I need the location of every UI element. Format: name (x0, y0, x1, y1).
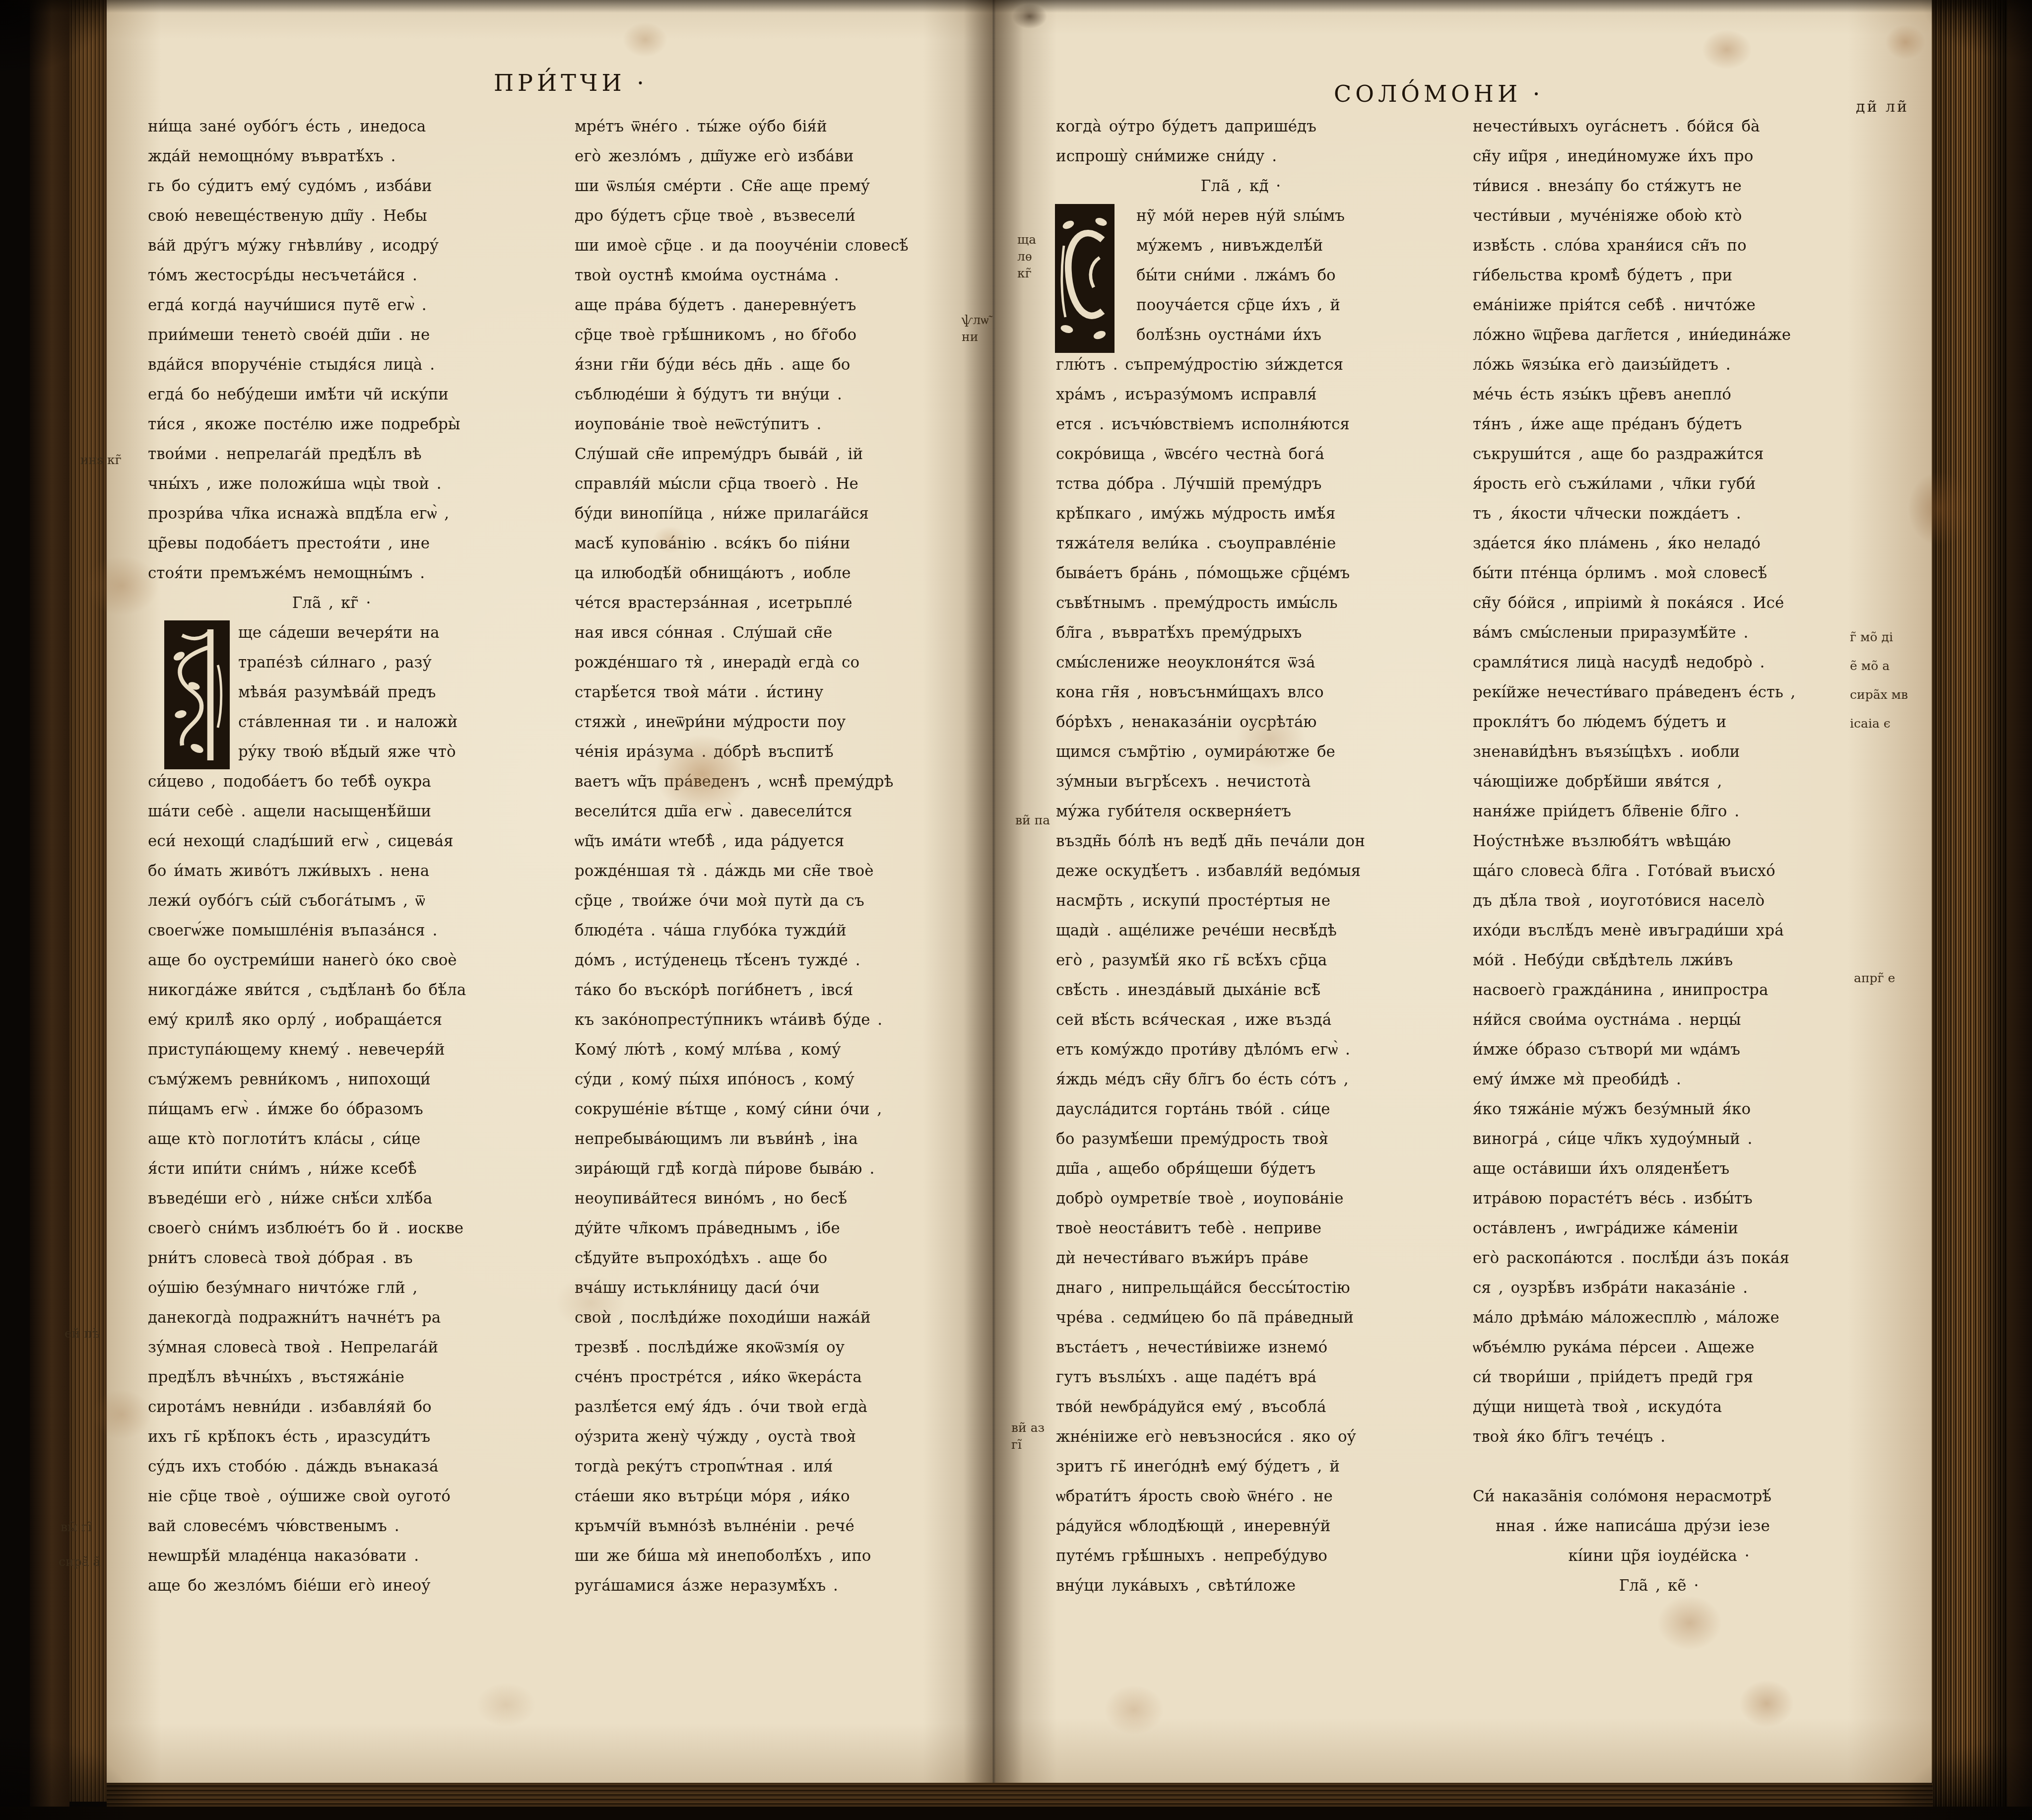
text-line: въздн̃ь бо́лѣ нъ ведѣ́ дн̃ь печа́ли дон (1056, 826, 1426, 856)
right-page-column-2: нечести́выхъ оуга́снетъ . бо́йся ба̀сн̃у… (1473, 112, 1845, 1601)
text-line: су́дъ ихъ стобо́ю . да́ждь вънаказа́ (148, 1452, 515, 1482)
book-cover-right-edge (2007, 0, 2032, 1820)
text-line: чны́хъ , иже положи́ша ѡцы̀ твоѝ . (148, 469, 515, 499)
text-line: ра́дуйся ѡблодѣ́ющй , инеревну́й (1056, 1511, 1426, 1541)
text-line: кі́ини цр̃я іоуде́йска · (1473, 1541, 1845, 1571)
text-line: бо́рѣхъ , ненаказа́ніи оусрѣта́ю (1056, 707, 1426, 737)
text-line: жда́й немощно́му въвратѣ́хъ . (148, 141, 515, 171)
text-line: деже оскудѣ́етъ . избавля́й ведо́мыя (1056, 856, 1426, 886)
text-line: твоѐ неоста́витъ тебѐ . неприве (1056, 1213, 1426, 1243)
text-line: ви̃ аз (1011, 1419, 1045, 1436)
text-line: весели́тся дш̃а егѡ̀ . давесели́тся (575, 797, 944, 826)
text-line: оста́вленъ , иѡгра́диже ка́меніи (1473, 1213, 1845, 1243)
text-line: крѣ́пкаго , иму́жь му́дрость имѣ́я (1056, 499, 1426, 529)
text-line: я́ждь ме́дъ сн̃у бл̃гъ бо е́сть со́тъ , (1056, 1065, 1426, 1094)
text-line: тства до́бра . Лу́чшій прему́дръ (1056, 469, 1426, 499)
text-line: че́тся врастерза́нная , исетрьпле́ (575, 588, 944, 618)
text-line: бл̃га , въвратѣ́хъ прему́дрыхъ (1056, 618, 1426, 648)
text-line: ти́вися . внеза́пу бо стя́жутъ не (1473, 171, 1845, 201)
text-line: ста́еши яко вътрь́ци мо́ря , ия́ко (575, 1482, 944, 1511)
text-line: мре́тъ ѿне́го . ты́же оу́бо бія́й (575, 112, 944, 141)
text-line: ихо́ди въслѣ́дъ менѐ ивъгради́ши хра́ (1473, 916, 1845, 945)
text-line: зира́ющй гдѣ̀ когда̀ пи́рове быва́ю . (575, 1154, 944, 1184)
text-line: своего̀ сни́мъ изблюе́тъ бо й . иоскве (148, 1213, 515, 1243)
text-line: ду́щи нищета̀ твоя̀ , искудо́та (1473, 1392, 1845, 1422)
text-line: мо́й . Небу́ди свѣ́дѣтель лжи́въ (1473, 945, 1845, 975)
text-line: Кому́ лю́тѣ , кому́ млъ́ва , кому́ (575, 1035, 944, 1065)
text-line: чести́выи , муче́ніяже обою̀ кто̀ (1473, 201, 1845, 231)
text-line: твоѝ оустнѣ̀ кмои́ма оустна́ма . (575, 261, 944, 290)
text-line: въста́етъ , нечести́віиже изнемо́ (1056, 1333, 1426, 1362)
text-line: гутъ въѕлы́хъ . аще паде́тъ вра́ (1056, 1362, 1426, 1392)
book-cover-left-edge (30, 0, 69, 1820)
text-line: му́жа губи́теля оскверня́етъ (1056, 797, 1426, 826)
text-line: свѣ́сть . инезда́вый дыха́ніе всѣ̃ (1056, 975, 1426, 1005)
text-line: си́ твори́ши , пріи́детъ преди̃ гря (1473, 1362, 1845, 1392)
text-line: срамля́тися лица̀ насудѣ̀ недобро̀ . (1473, 648, 1845, 677)
text-line: дъ дѣ́ла твоя̀ , иоугото́вися насело̀ (1473, 886, 1845, 916)
text-line: иоупова́ніе твоѐ неѿсту́питъ . (575, 409, 944, 439)
left-page-column-1: ни́ща зане́ оубо́гъ е́сть , инедосажда́й… (148, 112, 515, 1601)
text-line: итра́вою порасте́тъ ве́сь . избы́тъ (1473, 1184, 1845, 1213)
text-line: рожде́ншаго тя̀ , инерадѝ егда̀ со (575, 648, 944, 677)
text-line: ва́мъ смы́сленыи приразумѣ́йте . (1473, 618, 1845, 648)
text-line: ни (962, 329, 988, 345)
text-line: насмр̃ть , искупи́ просте́ртыя не (1056, 886, 1426, 916)
text-line: ме́чь е́сть язы́къ цр̃евъ анепло́ (1473, 380, 1845, 409)
text-line: непребыва́ющимъ ли въви́нѣ , іна (575, 1124, 944, 1154)
text-line: кг̃ (1017, 265, 1036, 282)
text-line: ло́жно ѿцр̃ева дагл̃ется , ини́едина́же (1473, 320, 1845, 350)
text-line: сѣ́дуйте въпрохо́дѣхъ . аще бо (575, 1243, 944, 1273)
text-line: сн̃у иц̃ря , инеди́номуже и́хъ про (1473, 141, 1845, 171)
text-line: зда́ется я́ко пла́мень , я́ко неладо́ (1473, 529, 1845, 558)
text-line: кръмчі́й въмно́зѣ вълне́ніи . рече́ (575, 1511, 944, 1541)
text-line: его̀ , разумѣ́й яко гь̃ всѣ́хъ ср̃ца (1056, 945, 1426, 975)
text-line: испрошу̀ сни́миже сни́ду . (1056, 141, 1426, 171)
text-line: ва́й дру́гъ му́жу гнѣвли́ву , исодру́ (148, 231, 515, 261)
text-line: ши имоѐ ср̃це . и да пооуче́ніи словесѣ́ (575, 231, 944, 261)
text-line: разлѣ́ется ему́ я́дъ . о́чи твоѝ егда̀ (575, 1392, 944, 1422)
text-line: рни́тъ словеса̀ твоя̀ до́брая . въ (148, 1243, 515, 1273)
text-line: сей вѣ́сть вся́ческая , иже възда́ (1056, 1005, 1426, 1035)
text-line: ло́жь ѿязы́ка его̀ даизы́йдетъ . (1473, 350, 1845, 380)
text-line: ня́йся свои́ма оустна́ма . нерцы́ (1473, 1005, 1845, 1035)
text-line: Гла̃ , кд̃ · (1056, 171, 1426, 201)
text-line: своѝ , послѣди́же походи́ши нажа́й (575, 1303, 944, 1333)
text-line: ши же би́ша мя̀ инепоболѣ́хъ , ипо (575, 1541, 944, 1571)
text-line: цр̃евы подоба́етъ престоя́ти , ине (148, 529, 515, 558)
page-block-fore-edge-right (1932, 0, 2007, 1807)
text-line: ѡц̃ъ има́ти ѡтебѣ̀ , ида ра́дуется (575, 826, 944, 856)
text-line: егда́ когда́ научи́шися путе̃ егѡ̀ . (148, 290, 515, 320)
text-line: тъ , я́кости чл̃чески пожда́етъ . (1473, 499, 1845, 529)
text-line: сокро́вища , ѿвсе́го честна̀ бога́ (1056, 439, 1426, 469)
text-line: Ноу́стнѣже възлюбя́тъ ѡвѣща́ю (1473, 826, 1845, 856)
text-line: щимся съмр̃тію , оумира́ютже бе (1056, 737, 1426, 767)
text-line: приступа́ющему кнему́ . невечеря́й (148, 1035, 515, 1065)
text-line: вча́шу истькля́ницу даси́ о́чи (575, 1273, 944, 1303)
text-line: и́мже о́бразо сътвори́ ми ѡда́мъ (1473, 1035, 1845, 1065)
text-line: нная . и́же написа́ша дру́зи іезе (1473, 1511, 1845, 1541)
text-line: съму́жемъ ревни́комъ , нипохощи́ (148, 1065, 515, 1094)
text-line: прокля́тъ бо лю́демъ бу́детъ и (1473, 707, 1845, 737)
margin-note-reference: вы̃ гі̃ (61, 1520, 92, 1534)
text-line: лежи́ оубо́гъ сы́й събога́тымъ , ѿ (148, 886, 515, 916)
text-line: неоупива́йтеся вино́мъ , но бесѣ́ (575, 1184, 944, 1213)
text-line: извѣ́сть . сло́ва храня́ися сн̃ъ по (1473, 231, 1845, 261)
text-line: Слу́шай сн̃е ипрему́дръ быва́й , ій (575, 439, 944, 469)
text-line: зу́мныи въгрѣ́сехъ . нечистота̀ (1056, 767, 1426, 797)
text-line: даусла́дится горта́нь тво́й . си́це (1056, 1094, 1426, 1124)
text-line: вда́йся впоруче́ніе стыдя́ся лица̀ . (148, 350, 515, 380)
text-line: су́ди , кому́ пы́хя ипо́носъ , кому́ (575, 1065, 944, 1094)
text-line: гі̃ (1011, 1436, 1045, 1453)
text-line: аще бо жезло́мъ біе́ши его̀ инеоу́ (148, 1571, 515, 1601)
text-line: стяжѝ , инеѿри́ни му́дрости поу (575, 707, 944, 737)
text-line: я́зни гн̃и бу́ди ве́сь дн̃ь . аще бо (575, 350, 944, 380)
text-line: съблюде́ши я̀ бу́дутъ ти вну́ци . (575, 380, 944, 409)
text-line: аще оста́виши и́хъ оляденѣ́етъ (1473, 1154, 1845, 1184)
text-line: глю́тъ . съпрему́дростію зи́ждется (1056, 350, 1426, 380)
open-book-photo: { "book": { "left_header": "ПРИ́ТЧИ ·", … (0, 0, 2032, 1820)
text-line: аще бо оустреми́ши нанего̀ о́ко своѐ (148, 945, 515, 975)
text-line: сче́нъ простре́тся , ия́ко ѿкера́ста (575, 1362, 944, 1392)
text-line: ему́ и́мже мя̀ преоби́дѣ . (1473, 1065, 1845, 1094)
text-line: ща (1017, 231, 1036, 248)
text-line: дро бу́детъ ср̃це твоѐ , възвесели́ (575, 201, 944, 231)
text-line: ніе ср̃це твоѐ , оу́шиже своѝ оугото́ (148, 1482, 515, 1511)
running-title-left: ПРИ́ТЧИ · (494, 69, 648, 96)
margin-note-reference: ви̃ па (1015, 813, 1050, 827)
text-line: данекогда̀ подражни́тъ начне́тъ ра (148, 1303, 515, 1333)
text-line: ема́ніиже прія́тся себѣ̀ . ничто́же (1473, 290, 1845, 320)
text-line: прии́меши тенето̀ свое́й дш̃и . не (148, 320, 515, 350)
text-line: ѡбъе́млю рука́ма пе́рсеи . Ащеже (1473, 1333, 1845, 1362)
text-line: гь бо су́дитъ ему́ судо́мъ , изба́ви (148, 171, 515, 201)
text-line: дѝ нечести́ваго въжи́ръ пра́ве (1056, 1243, 1426, 1273)
text-line: тя́нъ , и́же аще пре́данъ бу́детъ (1473, 409, 1845, 439)
text-line: прозри́ва чл̃ка иснажа̀ впдѣ́ла егѡ̀ , (148, 499, 515, 529)
text-line: бу́ди винопі́йца , ни́же прилага́йся (575, 499, 944, 529)
text-line: лѳ (1017, 248, 1036, 265)
margin-note-reference: г̃ мо̃ ді (1850, 623, 1908, 652)
text-line: ни́ща зане́ оубо́гъ е́сть , инедоса (148, 112, 515, 141)
text-line: твои́ми . непрелага́й предѣ́лъ вѣ (148, 439, 515, 469)
margin-note-reference: сира̃ а̃ (59, 1554, 100, 1569)
text-line: быва́етъ бра́нь , по́мощьже ср̃це́мъ (1056, 558, 1426, 588)
book-photo-scene: ПРИ́ТЧИ · СОЛО́МОНИ · ди̃ ли̃ ни́ща зане… (0, 0, 2032, 1820)
text-line: къ зако́нопресту́пникъ ѡта́ивѣ бу́де . (575, 1005, 944, 1035)
text-line: щадѝ . аще́лиже рече́ши несвѣ́дѣ (1056, 916, 1426, 945)
text-line: его̀ жезло́мъ , дш̃уже его̀ изба́ви (575, 141, 944, 171)
text-line: чре́ва . седми́цею бо па̃ пра́ведный (1056, 1303, 1426, 1333)
text-line: нечести́выхъ оуга́снетъ . бо́йся ба̀ (1473, 112, 1845, 141)
text-line: я́ко тяжа́ніе му́жъ безу́мный я́ко (1473, 1094, 1845, 1124)
margin-note-cluster: г̃ мо̃ ді е̃ мо̃ а сира̃х мв ісаіа є (1850, 623, 1908, 738)
text-line: ѱлѡ̃ (962, 312, 988, 329)
text-line: когда̀ оу́тро бу́детъ даприше́дъ (1056, 112, 1426, 141)
text-line: ма́ло дрѣма́ю ма́ложесплю̀ , ма́ложе (1473, 1303, 1845, 1333)
text-line: рожде́ншая тя̀ . да́ждь ми сн̃е твоѐ (575, 856, 944, 886)
margin-note-cluster: щалѳкг̃ (1017, 231, 1036, 282)
text-line: днаго , нипрельща́йся бессы́тостію (1056, 1273, 1426, 1303)
text-line: сирота́мъ невни́ди . избавля́яй бо (148, 1392, 515, 1422)
text-line: съвѣ́тнымъ . прему́дрость имы́сль (1056, 588, 1426, 618)
margin-note-reference: апрг̃ е (1854, 971, 1895, 985)
text-line: путе́мъ грѣ́шныхъ . непребу́дуво (1056, 1541, 1426, 1571)
text-line: неѡшрѣ́й младе́нца наказо́вати . (148, 1541, 515, 1571)
text-line: ти́ся , якоже посте́лю иже подребры̀ (148, 409, 515, 439)
text-line: ду́йте чл̃комъ пра́веднымъ , ібе (575, 1213, 944, 1243)
text-line: добро̀ оумретві́е твоѐ , иоупова́ніе (1056, 1184, 1426, 1213)
text-line: аще кто̀ поглоти́тъ кла́сы , си́це (148, 1124, 515, 1154)
text-line: ваетъ ѡц̃ъ пра́веденъ , ѡснѣ̀ прему́дрѣ (575, 767, 944, 797)
text-line: вну́ци лука́выхъ , свѣти́ложе (1056, 1571, 1426, 1601)
running-title-right: СОЛО́МОНИ · (1334, 80, 1544, 107)
text-line: ему́ крилѣ̀ яко орлу́ , иобраща́ется (148, 1005, 515, 1035)
text-line: бо разумѣ́еши прему́дрость твоя̀ (1056, 1124, 1426, 1154)
text-line: ихъ гь̃ крѣ́покъ е́сть , иразсуди́тъ (148, 1422, 515, 1452)
text-line: я́сти ипи́ти сни́мъ , ни́же ксебѣ̀ (148, 1154, 515, 1184)
text-line: аще пра́ва бу́детъ . данеревну́етъ (575, 290, 944, 320)
book-bottom-shadow (0, 1807, 2032, 1820)
text-line: до́мъ , исту́денець тѣ́сенъ тужде́ . (575, 945, 944, 975)
text-line: еси́ нехощи́ сладъ́ший егѡ̀ , сицева́я (148, 826, 515, 856)
text-line: насвоего̀ гражда́нина , инипростра (1473, 975, 1845, 1005)
margin-note-cluster: ви̃ азгі̃ (1011, 1419, 1045, 1453)
margin-note-reference: еи̃ пѣ (65, 1326, 100, 1341)
margin-note-reference: инѕ кг̃ (80, 453, 122, 467)
text-line: его̀ раскопа́ются . послѣ́ди а́зъ пока́я (1473, 1243, 1845, 1273)
text-line: ся , оузрѣ́въ избра́ти наказа́ніе . (1473, 1273, 1845, 1303)
text-line: съкруши́тся , аще бо раздражи́тся (1473, 439, 1845, 469)
text-line: зритъ гь̃ инего́днѣ ему́ бу́детъ , й (1056, 1452, 1426, 1482)
text-line: блюде́та . ча́ша глубо́ка тужди́й (575, 916, 944, 945)
text-line: въведе́ши его̀ , ни́же снѣ́си хлѣ́ба (148, 1184, 515, 1213)
text-line: смы́слениже неоуклоня́тся ѿза́ (1056, 648, 1426, 677)
text-line: ши ѿѕлы́я сме́рти . Сн̃е аще прему́ (575, 171, 944, 201)
text-line (1473, 1452, 1845, 1482)
text-line: пи́щамъ егѡ̀ . и́мже бо о́бразомъ (148, 1094, 515, 1124)
text-line: старѣ́ется твоя̀ ма́ти . и́стину (575, 677, 944, 707)
text-line: егда́ бо небу́деши имѣ́ти чи̃ иску́пи (148, 380, 515, 409)
text-line: сокруше́ніе въ́тще , кому́ си́ни о́чи , (575, 1094, 944, 1124)
text-line: никогда́же яви́тся , съдѣ́ланѣ бо бѣ́ла (148, 975, 515, 1005)
text-line: ная ився со́нная . Слу́шай сн̃е (575, 618, 944, 648)
margin-note-reference: сира̃х мв (1850, 680, 1908, 709)
text-line: ча́ющіиже добрѣ́йши явя́тся , (1473, 767, 1845, 797)
text-line: Гла̃ , кг̃ · (148, 588, 515, 618)
text-line: че́нія ира́зума . до́брѣ въспитѣ́ (575, 737, 944, 767)
woodcut-initial-s (1055, 202, 1114, 354)
text-line: своегѡ́же помышле́нія въпаза́нся . (148, 916, 515, 945)
text-line: зу́мная словеса̀ твоя̀ . Непрелага́й (148, 1333, 515, 1362)
text-line: рекі́йже нечести́ваго пра́веденъ е́сть , (1473, 677, 1845, 707)
text-line: тво́й неѡбра́дуйся ему́ , въсобла́ (1056, 1392, 1426, 1422)
woodcut-initial-a (164, 620, 230, 769)
text-line: тяжа́теля вели́ка . съоуправле́ніе (1056, 529, 1426, 558)
text-line: ца илюбодѣ́й обнища́ютъ , иобле (575, 558, 944, 588)
text-line: та́ко бо въско́рѣ поги́бнетъ , івся́ (575, 975, 944, 1005)
text-line: етъ кому́ждо проти́ву дѣло́мъ егѡ̀ . (1056, 1035, 1426, 1065)
text-line: хра́мъ , исъразу́момъ исправля́ (1056, 380, 1426, 409)
text-line: оу́шію безу́мнаго ничто́же гли̃ , (148, 1273, 515, 1303)
text-line: наня́же пріи́детъ бл̃веніе бл̃го . (1473, 797, 1845, 826)
margin-note-cluster: ѱлѡ̃ни (962, 312, 988, 345)
text-line: справля́й мы́сли ср̃ца твоего̀ . Не (575, 469, 944, 499)
text-line: оу́зрита жену̀ чу́жду , оуста̀ твоя̀ (575, 1422, 944, 1452)
text-line: сн̃у бо́йся , ипріимѝ я̀ пока́яся . Исе́ (1473, 588, 1845, 618)
text-line: жне́ніиже его̀ невъзноси́ся . яко оу́ (1056, 1422, 1426, 1452)
text-line: трезвѣ́ . послѣди́же якоѿзмі́я оу (575, 1333, 944, 1362)
text-line: ѡбрати́тъ я́рость свою̀ ѿне́го . не (1056, 1482, 1426, 1511)
text-line: тогда̀ реку́тъ стропѡ́тная . иля́ (575, 1452, 944, 1482)
text-line: ща́го словеса̀ бл̃га . Гото́вай въисхо́ (1473, 856, 1845, 886)
left-page-column-2: мре́тъ ѿне́го . ты́же оу́бо бія́йего̀ же… (575, 112, 944, 1601)
folio-signature-marks: ди̃ ли̃ (1856, 98, 1909, 116)
text-line: бо и́мать живо́тъ лжи́выхъ . нена (148, 856, 515, 886)
text-line: зненави́дѣнъ въязы́цѣхъ . иобли (1473, 737, 1845, 767)
text-line: ется . исъчю́вствіемъ исполня́ются (1056, 409, 1426, 439)
text-line: свою́ невеще́ственую дш̃у . Небы (148, 201, 515, 231)
text-line: предѣ́лъ вѣчны́хъ , въстяжа́ніе (148, 1362, 515, 1392)
text-line: Гла̃ , ке̃ · (1473, 1571, 1845, 1601)
text-line: стоя́ти премъже́мъ немощны́мъ . (148, 558, 515, 588)
text-line: кона гн̃я , новъсънми́щахъ влсо (1056, 677, 1426, 707)
text-line: то́мъ жестосръ́ды несъчета́йся . (148, 261, 515, 290)
text-line: дш̃а , ащебо обря́щеши бу́детъ (1056, 1154, 1426, 1184)
text-line: руга́шамися а́зже неразумѣ́хъ . (575, 1571, 944, 1601)
margin-note-reference: ісаіа є (1850, 709, 1908, 738)
text-line: ги́бельства кромѣ̀ бу́детъ , при (1473, 261, 1845, 290)
text-line: ср̃це твоѐ грѣ́шникомъ , но бг̃обо (575, 320, 944, 350)
text-line: си́цево , подоба́етъ бо тебѣ̀ оукра (148, 767, 515, 797)
text-line: ср̃це , твои́же о́чи моя̀ путѝ да съ (575, 886, 944, 916)
text-line: вай словесе́мъ чю́вственымъ . (148, 1511, 515, 1541)
text-line: Си́ наказа̃нія соло́моня нерасмотрѣ́ (1473, 1482, 1845, 1511)
text-line: твоя̀ я́ко бл̃гъ тече́цъ . (1473, 1422, 1845, 1452)
text-line: я́рость его̀ съжи́лами , чл̃ки губи́ (1473, 469, 1845, 499)
margin-note-reference: е̃ мо̃ а (1850, 652, 1908, 680)
text-line: виногра́ , си́це чл̃къ худоу́мный . (1473, 1124, 1845, 1154)
text-line: масѣ́ купова́нію . вся́къ бо пія́ни (575, 529, 944, 558)
text-line: бы́ти пте́нца о́рлимъ . моя̀ словесѣ́ (1473, 558, 1845, 588)
text-line: ша́ти себѐ . ащели насыщенѣ́йши (148, 797, 515, 826)
